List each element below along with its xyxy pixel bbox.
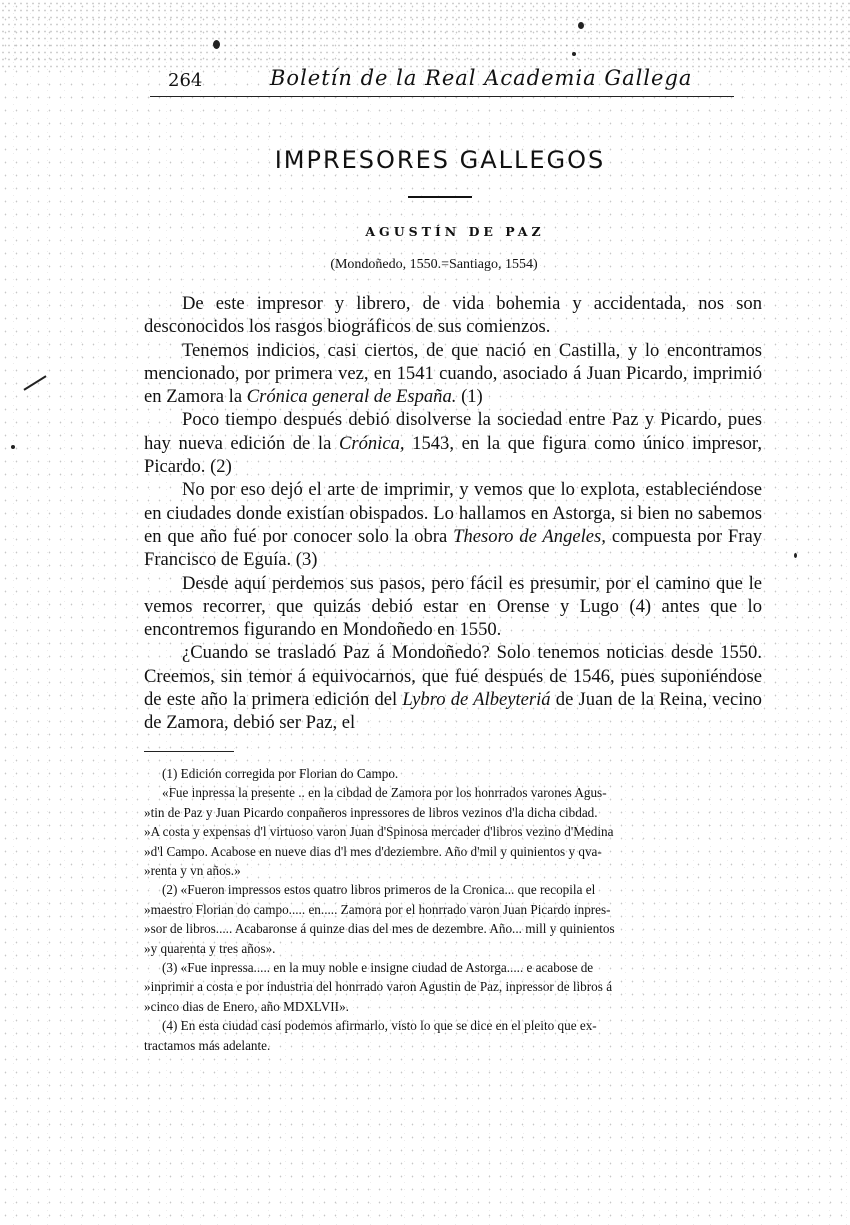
footnote-3: (3) «Fue inpressa..... en la muy noble e… bbox=[144, 958, 761, 977]
header-rule bbox=[150, 96, 734, 97]
italic-title: Lybro de Albeyteriá bbox=[402, 689, 550, 710]
footnotes: (1) Edición corregida por Florian do Cam… bbox=[144, 764, 761, 1055]
margin-pen-stroke bbox=[23, 375, 46, 390]
paragraph: ¿Cuando se trasladó Paz á Mondoñedo? Sol… bbox=[144, 641, 762, 734]
article-title: IMPRESORES GALLEGOS bbox=[0, 146, 850, 174]
running-head: 264 Boletín de la Real Academia Gallega bbox=[160, 66, 734, 96]
footnote-line: »renta y vn años.» bbox=[144, 861, 761, 880]
italic-title: Thesoro de Angeles, bbox=[453, 526, 606, 547]
ink-blot bbox=[578, 22, 584, 29]
footnote-line: »A costa y expensas d'l virtuoso varon J… bbox=[144, 822, 761, 841]
body-text: De este impresor y librero, de vida bohe… bbox=[144, 292, 762, 735]
footnote-line: »d'l Campo. Acabose en nueve dias d'l me… bbox=[144, 842, 761, 861]
footnote-line: »maestro Florian do campo..... en..... Z… bbox=[144, 900, 761, 919]
paragraph: Poco tiempo después debió disolverse la … bbox=[144, 408, 762, 478]
ink-blot bbox=[794, 553, 797, 558]
ink-blot bbox=[572, 52, 576, 56]
footnote-2: (2) «Fueron impressos estos quatro libro… bbox=[144, 880, 761, 899]
footnote-line: »tin de Paz y Juan Picardo conpañeros in… bbox=[144, 803, 761, 822]
italic-title: Crónica, bbox=[339, 433, 405, 454]
document-page: 264 Boletín de la Real Academia Gallega … bbox=[0, 0, 850, 1225]
ink-blot bbox=[11, 445, 15, 449]
subject-dates: (Mondoñedo, 1550.=Santiago, 1554) bbox=[0, 257, 850, 273]
paragraph: De este impresor y librero, de vida bohe… bbox=[144, 292, 762, 339]
paragraph: Desde aquí perdemos sus pasos, pero fáci… bbox=[144, 572, 762, 642]
footnote-line: »inprimir a costa e por industria del ho… bbox=[144, 977, 761, 996]
italic-title: Crónica general de España. bbox=[247, 386, 457, 407]
footnote-4: (4) En esta ciudad casi podemos afirmarl… bbox=[144, 1016, 761, 1035]
footnote-line: »y quarenta y tres años». bbox=[144, 939, 761, 958]
footnote-line: »sor de libros..... Acabaronse á quinze … bbox=[144, 919, 761, 938]
ink-blot bbox=[213, 40, 220, 49]
footnote-line: tractamos más adelante. bbox=[144, 1036, 761, 1055]
paragraph: No por eso dejó el arte de imprimir, y v… bbox=[144, 478, 762, 571]
footnote-rule bbox=[144, 751, 234, 752]
article-subject: AGUSTÍN DE PAZ bbox=[0, 224, 850, 239]
title-divider bbox=[408, 196, 472, 198]
footnote-1: (1) Edición corregida por Florian do Cam… bbox=[144, 764, 761, 783]
paragraph: Tenemos indicios, casi ciertos, de que n… bbox=[144, 339, 762, 409]
journal-title: Boletín de la Real Academia Gallega bbox=[270, 66, 692, 90]
footnote-line: »cinco dias de Enero, año MDXLVII». bbox=[144, 997, 761, 1016]
page-number: 264 bbox=[168, 70, 202, 91]
footnote-1-quote: «Fue inpressa la presente .. en la cibda… bbox=[144, 783, 761, 802]
